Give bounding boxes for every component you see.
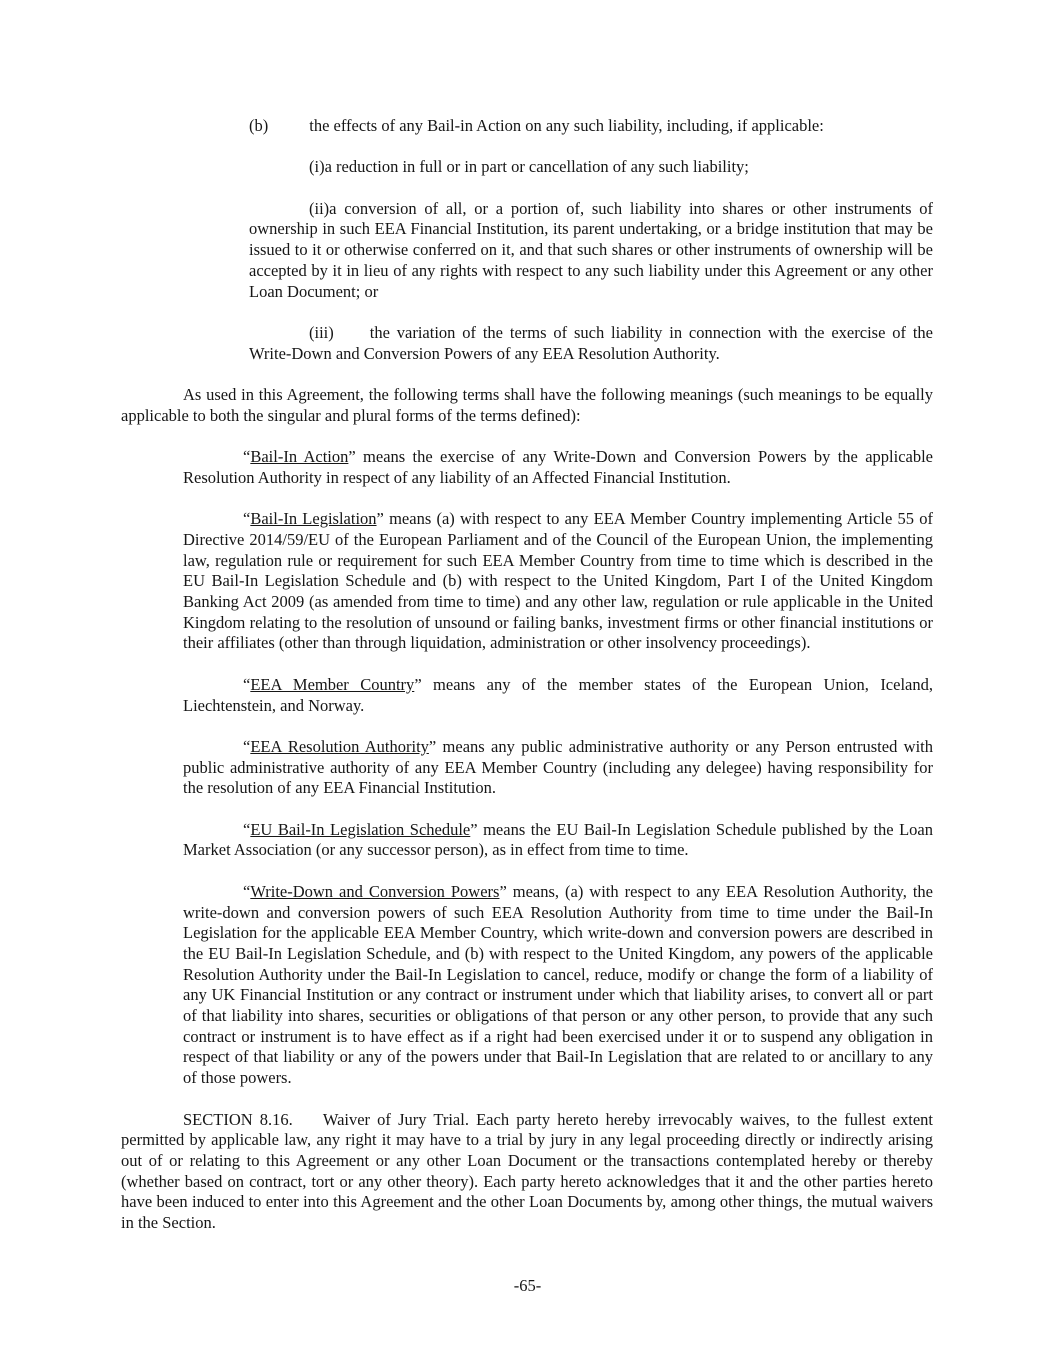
section-8-16-paragraph: SECTION 8.16.Waiver of Jury Trial. Each … xyxy=(121,1110,933,1234)
subclause-iii-label: (iii) xyxy=(309,323,334,342)
section-number: SECTION 8.16. xyxy=(183,1110,293,1129)
definition-paragraph-eea-member-country: “EEA Member Country” means any of the me… xyxy=(183,675,933,716)
defined-term-eea-resolution-authority: EEA Resolution Authority xyxy=(250,737,429,756)
defined-term-bail-in-action: Bail-In Action xyxy=(250,447,348,466)
subclause-iii-paragraph: (iii)the variation of the terms of such … xyxy=(249,323,933,364)
definition-paragraph-bail-in-action: “Bail-In Action” means the exercise of a… xyxy=(183,447,933,488)
subclause-ii-text: a conversion of all, or a portion of, su… xyxy=(249,199,933,301)
document-body: (b)the effects of any Bail-in Action on … xyxy=(121,116,933,1254)
defined-term-bail-in-legislation: Bail-In Legislation xyxy=(250,509,376,528)
subclause-i-paragraph: (i)a reduction in full or in part or can… xyxy=(249,157,933,178)
subclause-i-text: a reduction in full or in part or cancel… xyxy=(325,157,749,176)
page-number: -65- xyxy=(0,1276,1055,1296)
subclause-ii-paragraph: (ii)a conversion of all, or a portion of… xyxy=(249,199,933,303)
clause-b-text: the effects of any Bail-in Action on any… xyxy=(309,116,824,135)
subclause-i-label: (i) xyxy=(309,157,325,176)
clause-b-label: (b) xyxy=(249,116,268,135)
definition-text: ” means, (a) with respect to any EEA Res… xyxy=(183,882,933,1087)
defined-term-eu-bail-in-legislation-schedule: EU Bail-In Legislation Schedule xyxy=(250,820,470,839)
definition-text: ” means (a) with respect to any EEA Memb… xyxy=(183,509,933,652)
subclause-ii-label: (ii) xyxy=(309,199,329,218)
definition-paragraph-write-down-and-conversion-powers: “Write-Down and Conversion Powers” means… xyxy=(183,882,933,1089)
clause-b-paragraph: (b)the effects of any Bail-in Action on … xyxy=(249,116,933,137)
definition-paragraph-bail-in-legislation: “Bail-In Legislation” means (a) with res… xyxy=(183,509,933,654)
section-heading: Waiver of Jury Trial. xyxy=(323,1110,469,1129)
defined-term-eea-member-country: EEA Member Country xyxy=(250,675,414,694)
definitions-intro-paragraph: As used in this Agreement, the following… xyxy=(121,385,933,426)
defined-term-write-down-and-conversion-powers: Write-Down and Conversion Powers xyxy=(250,882,499,901)
definition-paragraph-eea-resolution-authority: “EEA Resolution Authority” means any pub… xyxy=(183,737,933,799)
subclause-iii-text: the variation of the terms of such liabi… xyxy=(249,323,933,363)
definition-paragraph-eu-bail-in-legislation-schedule: “EU Bail-In Legislation Schedule” means … xyxy=(183,820,933,861)
